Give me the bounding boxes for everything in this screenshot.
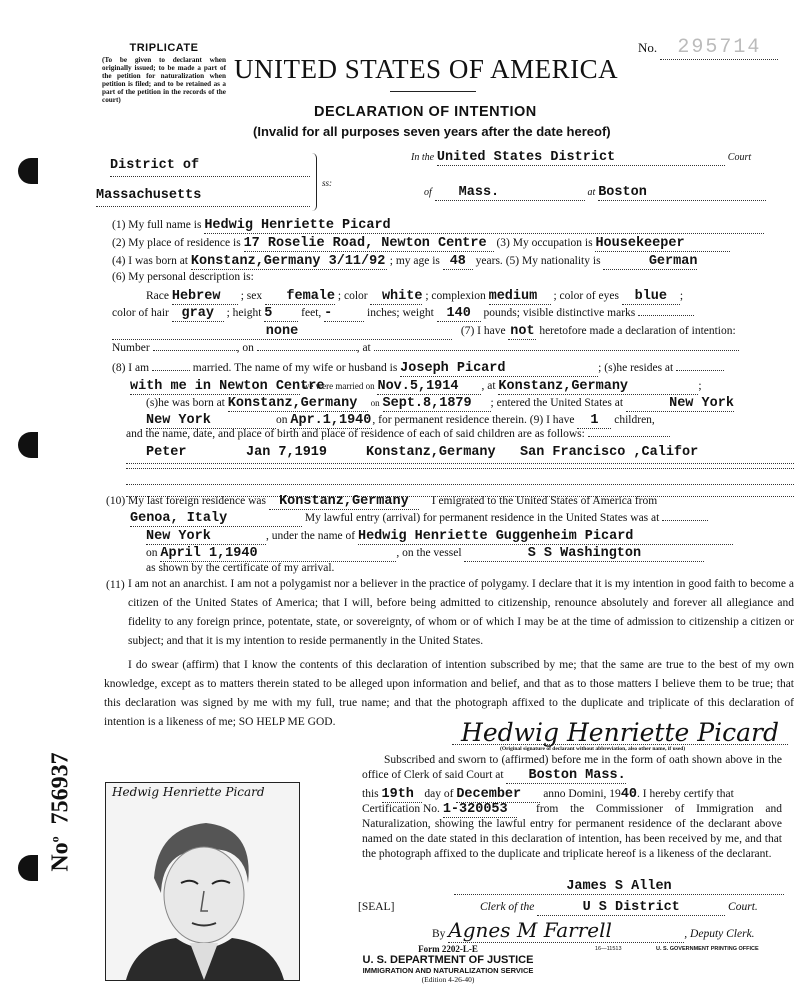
clerk-court-value: U S District [583, 900, 680, 915]
spouse-entry-date-value: Apr.1,1940 [290, 413, 371, 428]
hair-label: color of hair [112, 307, 169, 319]
deputy-label: , Deputy Clerk. [684, 928, 754, 940]
court-label: Court [728, 152, 751, 163]
row-race: Race Hebrew ; sex female ; color white ;… [146, 289, 794, 305]
sworn-text: Subscribed and sworn to (affirmed) befor… [362, 753, 782, 784]
entry-port-value: New York [146, 529, 211, 544]
age-value: 48 [450, 254, 466, 269]
emigrated-from-value: Genoa, Italy [130, 511, 227, 526]
spouse-name-value: Joseph Picard [400, 361, 505, 376]
last-residence-value: Konstanz,Germany [279, 494, 409, 509]
clerk-of-label: Clerk of the [480, 901, 534, 913]
child-name: Peter [146, 445, 187, 460]
at-label: , at [357, 342, 371, 354]
cert-text: from the Commissioner of Immigration and… [362, 802, 782, 862]
clerk-name-line: James S Allen [454, 876, 784, 895]
lawful-entry-label: My lawful entry (arrival) for permanent … [305, 512, 659, 524]
declarant-photo: Hedwig Henriette Picard [105, 782, 300, 981]
child-birth-place: Konstanz,Germany [366, 445, 496, 460]
feet-label: feet, [301, 307, 321, 319]
entry-name-value: Hedwig Henriette Guggenheim Picard [358, 529, 633, 544]
spouse-residence-value: with me in Newton Centre [130, 379, 324, 394]
row-marital: (8) I am married. The name of my wife or… [112, 361, 794, 377]
form-footer: Form 2202-L-E U. S. DEPARTMENT OF JUSTIC… [338, 944, 558, 984]
marks-value: none [266, 324, 298, 339]
marriage-place-value: Konstanz,Germany [498, 379, 628, 394]
emigrated-label: I emigrated to the United States of Amer… [432, 495, 657, 507]
anno-label: anno Domini, 19 [543, 788, 621, 800]
child-birth-date: Jan 7,1919 [246, 445, 327, 460]
portrait-icon [106, 783, 299, 980]
row-date-sworn: this 19th day of December anno Domini, 1… [362, 787, 792, 803]
color-label: ; color [338, 290, 368, 302]
copy-type: TRIPLICATE [102, 42, 226, 54]
q5-label: (5) My nationality is [506, 255, 601, 267]
document-number: No. 295714 [638, 36, 778, 60]
row-last-residence: (10) My last foreign residence was Konst… [106, 494, 794, 510]
signature-line [452, 744, 788, 745]
complexion-label: ; complexion [425, 290, 485, 302]
married-label: married. The name of my wife or husband … [193, 362, 398, 374]
document-subtitle: DECLARATION OF INTENTION [314, 104, 537, 120]
entry-on-label: on [276, 414, 288, 426]
race-label: Race [146, 290, 169, 302]
row-hair: color of hair gray ; height 5 feet, - in… [112, 306, 794, 322]
deputy-signature: Agnes M Farrell [448, 918, 612, 942]
q1-label: (1) My full name is [112, 219, 201, 231]
spouse-entry-city-value: New York [146, 413, 211, 428]
court-name: United States District [437, 150, 615, 165]
eyes-label: ; color of eyes [553, 290, 618, 302]
day-value: 19th [382, 787, 414, 802]
row-deputy: By Agnes M Farrell, Deputy Clerk. [432, 918, 802, 943]
birth-value: Konstanz,Germany 3/11/92 [191, 254, 385, 269]
row-clerk-court: Clerk of the U S District Court. [480, 900, 790, 916]
row-birth: (4) I was born at Konstanz,Germany 3/11/… [112, 254, 794, 270]
serial-label: No [48, 842, 74, 871]
marriage-date-value: Nov.5,1914 [377, 379, 458, 394]
height-inches-value: - [324, 306, 332, 321]
children-intro: and the name, date, and place of birth a… [126, 428, 585, 440]
race-value: Hebrew [172, 289, 221, 304]
age-label: ; my age is [390, 255, 440, 267]
on-label: , on [237, 342, 254, 354]
q11-label: (11) [106, 579, 125, 591]
certify-label: . I hereby certify that [637, 788, 734, 800]
q3-label: (3) My occupation is [496, 237, 592, 249]
validity-note: (Invalid for all purposes seven years af… [253, 124, 611, 139]
vessel-value: S S Washington [528, 546, 641, 561]
years-label: years. [476, 255, 503, 267]
seal-label: [SEAL] [358, 901, 394, 913]
binder-hole [18, 158, 38, 184]
row-spouse-entry: New Yorkon Apr.1,1940, for permanent res… [146, 413, 794, 429]
row-certificate-note: as shown by the certificate of my arriva… [146, 562, 794, 574]
serial-number-block: Noo 756937 [46, 742, 76, 882]
department: U. S. DEPARTMENT OF JUSTICE [338, 954, 558, 966]
document-title: UNITED STATES OF AMERICA [234, 54, 618, 85]
entry-date-value: April 1,1940 [160, 546, 257, 561]
copy-note: (To be given to declarant when originall… [102, 56, 226, 104]
married-at-label: , at [481, 380, 495, 392]
print-code: 16—11513 [595, 946, 622, 952]
q6-label: (6) My personal description is: [112, 271, 254, 283]
spouse-birth-on-label: on [371, 398, 380, 408]
copy-note-block: TRIPLICATE (To be given to declarant whe… [102, 42, 226, 104]
occupation-value: Housekeeper [595, 236, 684, 251]
row-residence: (2) My place of residence is 17 Roselie … [112, 236, 794, 252]
clerk-name-value: James S Allen [566, 879, 671, 894]
sex-value: female [286, 289, 335, 304]
at-value: Boston [598, 185, 647, 200]
spouse-entry-port-value: New York [669, 396, 734, 411]
row-marks: none (7) I have not heretofore made a de… [112, 324, 794, 340]
month-value: December [456, 787, 521, 802]
title-divider [390, 91, 476, 92]
court-location-line: of Mass. at Boston [424, 185, 794, 201]
number-label: Number [112, 342, 150, 354]
court-label-2: Court. [728, 901, 758, 913]
q7-label: (7) I have [461, 325, 506, 337]
complexion-value: medium [489, 289, 538, 304]
nationality-value: German [649, 254, 698, 269]
court-location-value: Boston Mass. [528, 768, 625, 783]
inches-label: inches; weight [367, 307, 434, 319]
at-label: at [588, 187, 596, 198]
court-line: In the United States District Court [411, 150, 786, 166]
q7-rest: heretofore made a declaration of intenti… [539, 325, 735, 337]
edition: (Edition 4-26-40) [338, 975, 558, 984]
of-value: Mass. [459, 185, 500, 200]
by-label: By [432, 928, 445, 940]
row-full-name: (1) My full name is Hedwig Henriette Pic… [112, 218, 794, 234]
children-label: children, [614, 414, 655, 426]
color-value: white [382, 289, 423, 304]
state-value: Massachusetts [96, 188, 201, 203]
residence-value: 17 Roselie Road, Newton Centre [244, 236, 487, 251]
venue-state: Massachusetts [96, 188, 310, 207]
pounds-label: pounds; visible distinctive marks [484, 307, 636, 319]
child-line-blank [126, 484, 794, 485]
q10-label: (10) My last foreign residence was [106, 495, 266, 507]
full-name-value: Hedwig Henriette Picard [204, 218, 390, 233]
binder-hole [18, 855, 38, 881]
height-feet-value: 5 [264, 306, 272, 321]
of-label: of [424, 187, 432, 198]
spouse-born-label: (s)he was born at [146, 397, 225, 409]
child-line-blank [126, 468, 794, 469]
row-children-intro: and the name, date, and place of birth a… [126, 428, 794, 440]
venue-bracket [312, 153, 317, 211]
height-label: ; height [227, 307, 262, 319]
serial-number: Noo 756937 [48, 752, 75, 871]
child-row: Peter Jan 7,1919 Konstanz,Germany San Fr… [126, 445, 794, 464]
children-count-value: 1 [590, 413, 598, 428]
resides-label: ; (s)he resides at [598, 362, 673, 374]
certificate-note: as shown by the certificate of my arriva… [146, 562, 334, 574]
row-entry-port: New York, under the name of Hedwig Henri… [146, 529, 794, 545]
q11-text: I am not an anarchist. I am not a polyga… [128, 575, 794, 651]
printer: U. S. GOVERNMENT PRINTING OFFICE [656, 946, 759, 952]
day-of-label: day of [424, 788, 453, 800]
row-prior-declaration: Number , on , at [112, 342, 794, 354]
child-residence: San Francisco ,Califor [520, 445, 698, 460]
district-label: District of [110, 158, 199, 173]
entered-label: ; entered the United States at [491, 397, 624, 409]
ss-label: ss: [322, 178, 332, 188]
binder-hole [18, 432, 38, 458]
row-emigrated-from: Genoa, Italy My lawful entry (arrival) f… [130, 511, 794, 527]
q9-label: (9) I have [530, 414, 575, 426]
weight-value: 140 [447, 306, 471, 321]
hair-value: gray [182, 306, 214, 321]
serial-value: 756937 [48, 752, 74, 824]
q7-value: not [510, 324, 534, 339]
in-the-label: In the [411, 152, 434, 163]
stamped-number: 295714 [677, 36, 761, 59]
entry-date-on-label: on [146, 547, 158, 559]
venue-district: District of [110, 158, 310, 177]
under-name-label: , under the name of [266, 530, 355, 542]
q4-label: (4) I was born at [112, 255, 188, 267]
married-on-label: we were married on [303, 381, 375, 391]
row-marriage: with me in Newton Centre we were married… [130, 379, 794, 395]
form-number: Form 2202-L-E [338, 944, 558, 954]
this-label: this [362, 788, 379, 800]
q8-label: (8) I am [112, 362, 149, 374]
spouse-birth-value: Konstanz,Germany [228, 396, 358, 411]
vessel-label: , on the vessel [396, 547, 461, 559]
sex-label: ; sex [241, 290, 262, 302]
service: IMMIGRATION AND NATURALIZATION SERVICE [338, 966, 558, 975]
declarant-signature: Hedwig Henriette Picard [450, 718, 790, 747]
signature-caption: (Original signature of declarant without… [500, 746, 685, 752]
year-value: 40 [621, 787, 637, 802]
q2-label: (2) My place of residence is [112, 237, 241, 249]
row-spouse-birth: (s)he was born at Konstanz,Germany on Se… [146, 396, 794, 412]
eyes-value: blue [635, 289, 667, 304]
row-description-heading: (6) My personal description is: [112, 271, 794, 283]
number-label: No. [638, 40, 657, 55]
row-entry-date: on April 1,1940, on the vessel S S Washi… [146, 546, 794, 562]
spouse-birth-date-value: Sept.8,1879 [383, 396, 472, 411]
permanent-label: , for permanent residence therein. [372, 414, 527, 426]
